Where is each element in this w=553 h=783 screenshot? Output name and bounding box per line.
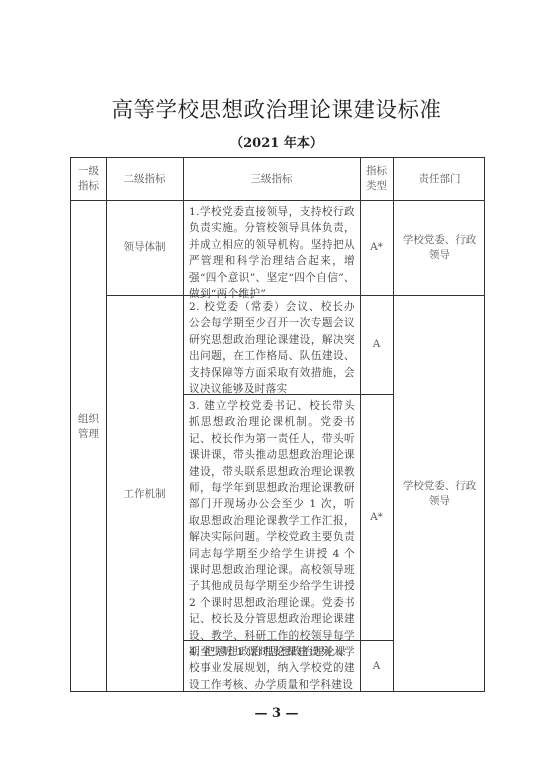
type-cell: A*	[360, 394, 393, 640]
level3-cell: 3. 建立学校党委书记、校长带头抓思想政治理论课机制。党委书记、校长作为第一责任…	[183, 394, 360, 640]
header-type: 指标 类型	[360, 158, 393, 200]
document-subtitle: （2021 年本）	[0, 132, 553, 151]
type-cell: A	[360, 295, 393, 394]
header-level1: 一级 指标	[71, 158, 106, 200]
level2-cell: 工作机制	[106, 295, 183, 693]
level3-cell: 4. 把思想政治理论课建设列入学校事业发展规划，纳入学校党的建设工作考核、办学质…	[183, 640, 360, 693]
header-level3: 三级指标	[183, 158, 360, 200]
level2-cell: 领导体制	[106, 200, 183, 295]
type-cell: A	[360, 640, 393, 693]
page-number: — 3 —	[0, 706, 553, 721]
header-level2: 二级指标	[106, 158, 183, 200]
dept-cell: 学校党委、行政 领导	[393, 295, 486, 693]
level1-cell: 组织 管理	[71, 200, 106, 693]
standards-table: 一级 指标 二级指标 三级指标 指标 类型 责任部门 组织 管理 领导体制 1.…	[70, 157, 485, 692]
document-title: 高等学校思想政治理论课建设标准	[0, 93, 553, 124]
level3-cell: 1.学校党委直接领导，支持校行政负责实施。分管校领导具体负责，并成立相应的领导机…	[183, 200, 360, 295]
dept-cell: 学校党委、行政 领导	[393, 200, 486, 295]
type-cell: A*	[360, 200, 393, 295]
level3-cell: 2. 校党委（常委）会议、校长办公会每学期至少召开一次专题会议研究思想政治理论课…	[183, 295, 360, 394]
header-dept: 责任部门	[393, 158, 486, 200]
